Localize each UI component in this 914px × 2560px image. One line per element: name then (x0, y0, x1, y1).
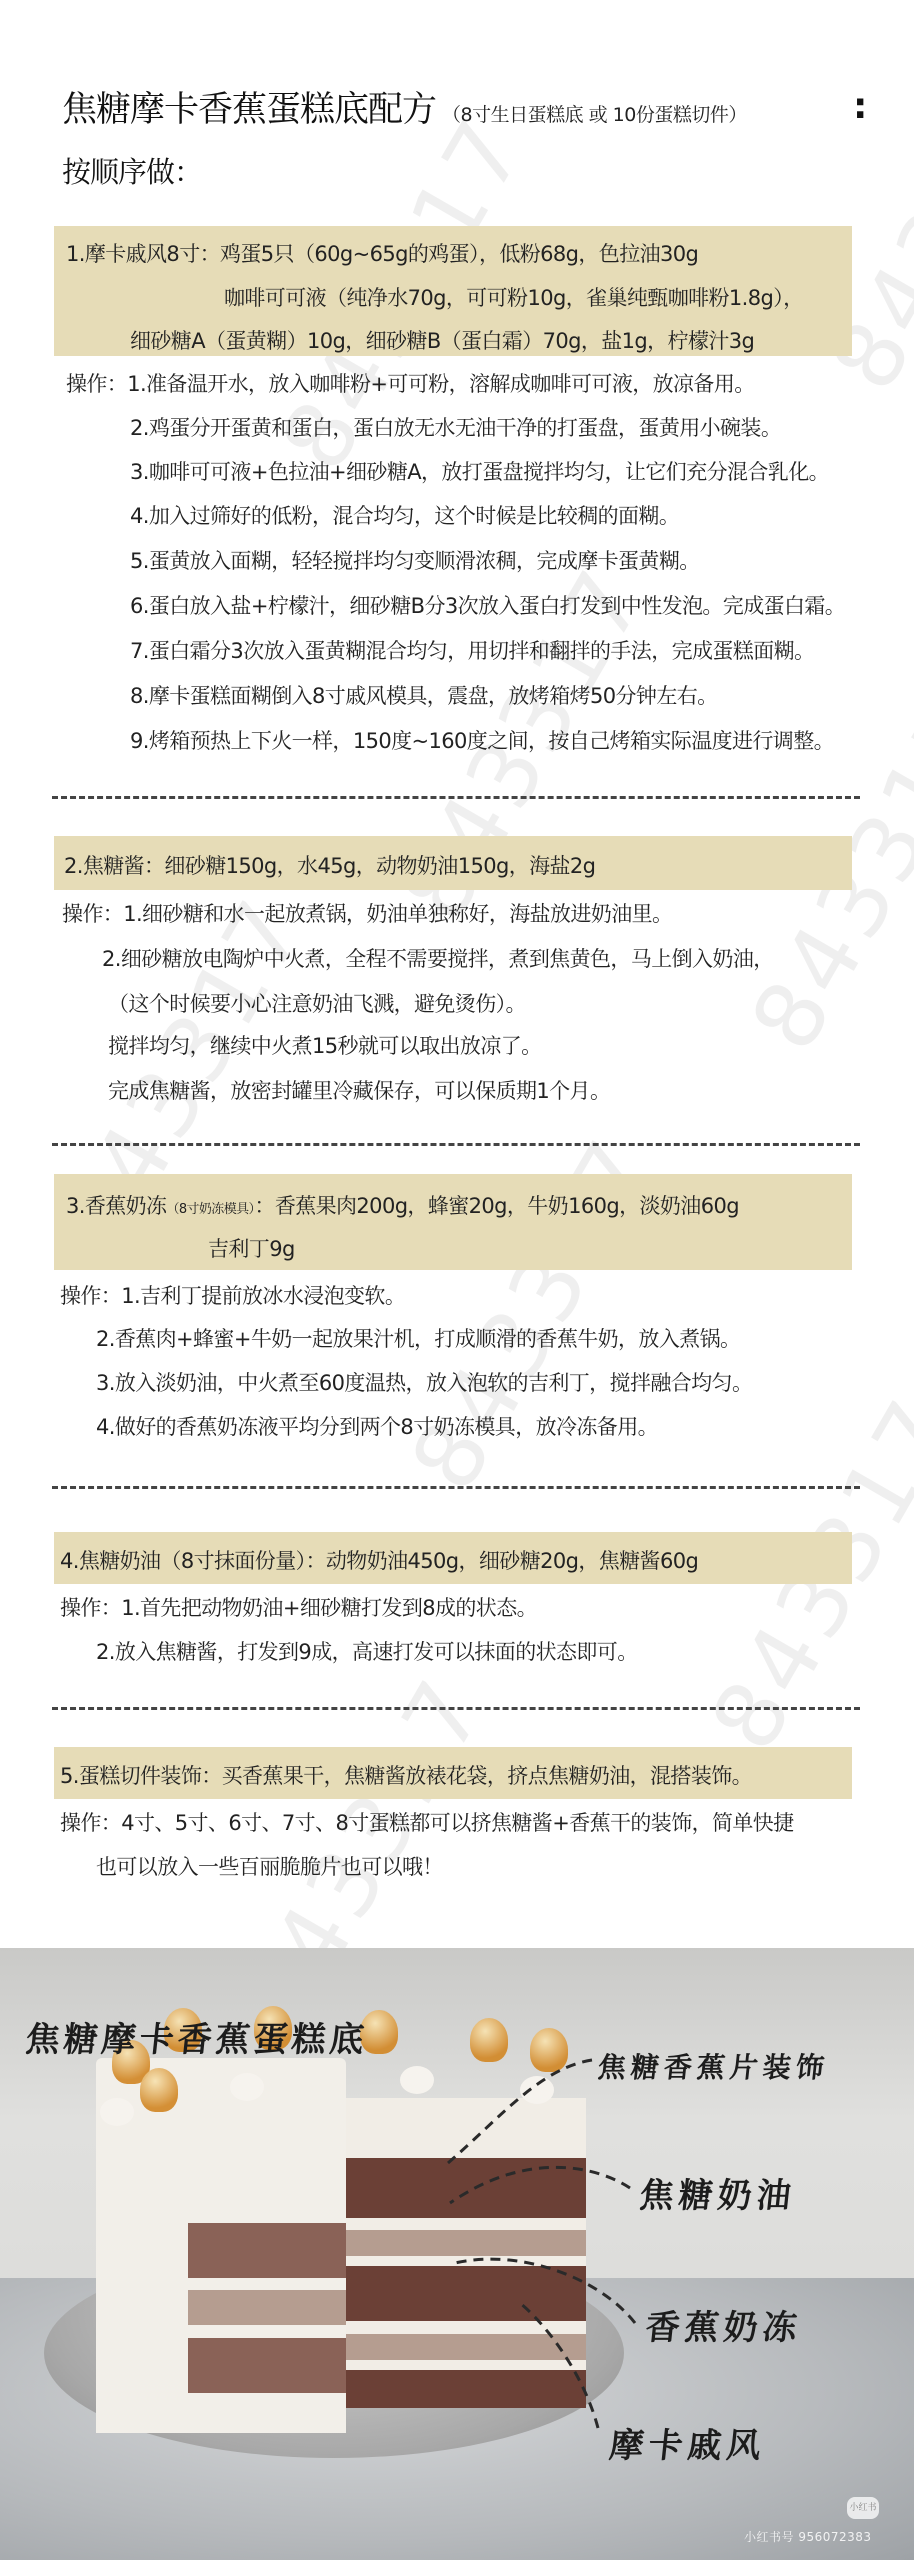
step-line: 操作：1.首先把动物奶油+细砂糖打发到8成的状态。 (60, 1592, 537, 1622)
step-line: 搅拌均匀，继续中火煮15秒就可以取出放凉了。 (108, 1030, 542, 1060)
section-3-ingredients (54, 1174, 852, 1270)
ingredient-line: 5.蛋糕切件装饰：买香蕉果干，焦糖酱放裱花袋，挤点焦糖奶油，混搭装饰。 (60, 1760, 752, 1790)
step-line: 完成焦糖酱，放密封罐里冷藏保存，可以保质期1个月。 (108, 1075, 610, 1105)
step-line: 2.香蕉肉+蜂蜜+牛奶一起放果汁机，打成顺滑的香蕉牛奶，放入煮锅。 (96, 1323, 740, 1353)
title-colon: : (853, 86, 867, 127)
step-line: 操作：4寸、5寸、6寸、7寸、8寸蛋糕都可以挤焦糖酱+香蕉干的装饰，简单快捷 (60, 1807, 794, 1837)
step-line: 3.放入淡奶油，中火煮至60度温热，放入泡软的吉利丁，搅拌融合均匀。 (96, 1367, 752, 1397)
section-divider (52, 1486, 860, 1489)
step-line: 操作：1.准备温开水，放入咖啡粉+可可粉，溶解成咖啡可可液，放凉备用。 (66, 368, 755, 398)
callout-mocha-chiffon: 摩卡戚风 (607, 2418, 768, 2467)
cake-photo: 焦糖摩卡香蕉蛋糕底 焦糖香蕉片装饰 焦糖奶油 香蕉奶冻 摩卡戚风 (0, 1948, 914, 2560)
ingredient-line: 3.香蕉奶冻（8寸奶冻模具）：香蕉果肉200g，蜂蜜20g，牛奶160g，淡奶油… (66, 1190, 739, 1220)
account-id: 小红书号 956072383 (744, 2528, 872, 2545)
step-line: 9.烤箱预热上下火一样，150度~160度之间，按自己烤箱实际温度进行调整。 (130, 725, 834, 755)
callout-caramel-cream: 焦糖奶油 (637, 2168, 798, 2217)
section-divider (52, 796, 860, 799)
band-title: 3.香蕉奶冻 (66, 1194, 166, 1218)
callout-banana-mousse: 香蕉奶冻 (643, 2300, 804, 2349)
step-line: 4.加入过筛好的低粉，混合均匀，这个时候是比较稠的面糊。 (130, 500, 679, 530)
ingredient-line: 细砂糖A（蛋黄糊）10g，细砂糖B（蛋白霜）70g，盐1g，柠檬汁3g (130, 325, 754, 355)
step-line: 2.细砂糖放电陶炉中火煮，全程不需要搅拌，煮到焦黄色，马上倒入奶油， (102, 943, 774, 973)
step-line: 6.蛋白放入盐+柠檬汁，细砂糖B分3次放入蛋白打发到中性发泡。完成蛋白霜。 (130, 590, 845, 620)
section-divider (52, 1143, 860, 1146)
subtitle: 按顺序做： (62, 150, 202, 191)
band-ingredients: ：香蕉果肉200g，蜂蜜20g，牛奶160g，淡奶油60g (254, 1194, 739, 1218)
step-line: 4.做好的香蕉奶冻液平均分到两个8寸奶冻模具，放冷冻备用。 (96, 1411, 658, 1441)
section-divider (52, 1707, 860, 1710)
step-line: （这个时候要小心注意奶油飞溅，避免烫伤）。 (108, 988, 526, 1018)
ingredient-line: 吉利丁9g (208, 1233, 295, 1263)
title-note: （8寸生日蛋糕底 或 10份蛋糕切件） (442, 100, 747, 127)
step-line: 2.鸡蛋分开蛋黄和蛋白，蛋白放无水无油干净的打蛋盘，蛋黄用小碗装。 (130, 412, 781, 442)
ingredient-line: 4.焦糖奶油（8寸抹面份量）：动物奶油450g，细砂糖20g，焦糖酱60g (60, 1545, 698, 1575)
band-note: （8寸奶冻模具） (166, 1202, 254, 1217)
page-title-row: 焦糖摩卡香蕉蛋糕底配方 （8寸生日蛋糕底 或 10份蛋糕切件） (62, 82, 747, 132)
step-line: 操作：1.吉利丁提前放冰水浸泡变软。 (60, 1280, 405, 1310)
page-title: 焦糖摩卡香蕉蛋糕底配方 (62, 82, 436, 132)
step-line: 5.蛋黄放入面糊，轻轻搅拌均匀变顺滑浓稠，完成摩卡蛋黄糊。 (130, 545, 700, 575)
photo-title: 焦糖摩卡香蕉蛋糕底 (23, 2012, 370, 2061)
ingredient-line: 咖啡可可液（纯净水70g，可可粉10g，雀巢纯甄咖啡粉1.8g）， (224, 282, 804, 312)
step-line: 2.放入焦糖酱，打发到9成，高速打发可以抹面的状态即可。 (96, 1636, 638, 1666)
ingredient-line: 1.摩卡戚风8寸：鸡蛋5只（60g~65g的鸡蛋），低粉68g，色拉油30g (66, 238, 698, 268)
step-line: 操作：1.细砂糖和水一起放煮锅，奶油单独称好，海盐放进奶油里。 (62, 898, 672, 928)
ingredient-line: 2.焦糖酱：细砂糖150g，水45g，动物奶油150g，海盐2g (64, 850, 595, 880)
step-line: 8.摩卡蛋糕面糊倒入8寸戚风模具，震盘，放烤箱烤50分钟左右。 (130, 680, 718, 710)
callout-banana-decoration: 焦糖香蕉片装饰 (596, 2046, 831, 2086)
step-line: 3.咖啡可可液+色拉油+细砂糖A，放打蛋盘搅拌均匀，让它们充分混合乳化。 (130, 456, 829, 486)
step-line: 7.蛋白霜分3次放入蛋黄糊混合均匀，用切拌和翻拌的手法，完成蛋糕面糊。 (130, 635, 814, 665)
step-line: 也可以放入一些百丽脆脆片也可以哦！ (96, 1851, 443, 1881)
app-logo-badge: 小红书 (847, 2497, 879, 2519)
